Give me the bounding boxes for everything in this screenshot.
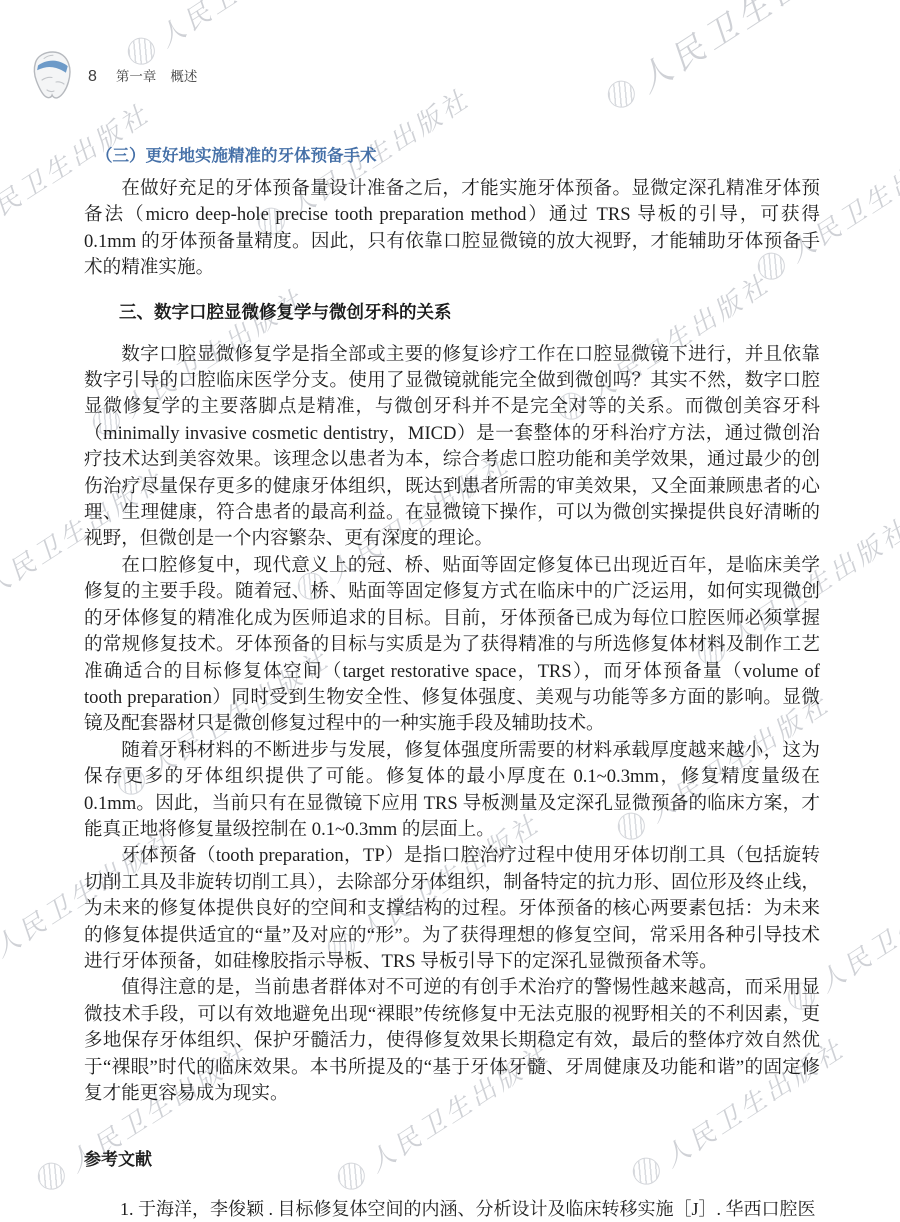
- paragraph-3: 在口腔修复中，现代意义上的冠、桥、贴面等固定修复体已出现近百年，是临床美学修复的…: [84, 553, 820, 738]
- references-title: 参考文献: [84, 1145, 820, 1170]
- chapter-title: 概述: [170, 65, 197, 85]
- page-content: （三）更好地实施精准的牙体预备手术 在做好充足的牙体预备量设计准备之后，才能实施…: [84, 142, 820, 1222]
- section-heading: 三、数字口腔显微修复学与微创牙科的关系: [84, 299, 820, 324]
- paragraph-2: 数字口腔显微修复学是指全部或主要的修复诊疗工作在口腔显微镜下进行，并且依靠数字引…: [84, 342, 820, 553]
- publisher-tooth-logo-icon: [30, 50, 76, 100]
- book-page: 人民卫生出版社 人民卫生出版社 人民卫生出版社 人民卫生出版社 人民卫生出版社 …: [0, 0, 900, 1222]
- running-head: 8 第一章 概述: [88, 65, 197, 86]
- reference-item-1: 1. 于海洋，李俊颖 . 目标修复体空间的内涵、分析设计及临床转移实施［J］. …: [84, 1196, 820, 1222]
- page-number: 8: [88, 68, 98, 86]
- publisher-watermark: 人民卫生出版社: [597, 0, 882, 121]
- paragraph-6: 值得注意的是，当前患者群体对不可逆的有创手术治疗的警惕性越来越高，而采用显微技术…: [84, 975, 820, 1107]
- paragraph-4: 随着牙科材料的不断进步与发展，修复体强度所需要的材料承载厚度越来越小，这为保存更…: [84, 738, 820, 844]
- subsection-heading-blue: （三）更好地实施精准的牙体预备手术: [96, 142, 820, 166]
- publisher-emblem-icon: [33, 1157, 70, 1194]
- paragraph-5: 牙体预备（tooth preparation，TP）是指口腔治疗过程中使用牙体切…: [84, 843, 820, 975]
- paragraph-1: 在做好充足的牙体预备量设计准备之后，才能实施牙体预备。显微定深孔精准牙体预备法（…: [84, 176, 820, 282]
- page-header: 8 第一章 概述: [30, 50, 197, 100]
- chapter-label: 第一章: [116, 65, 157, 85]
- publisher-emblem-icon: [603, 75, 640, 112]
